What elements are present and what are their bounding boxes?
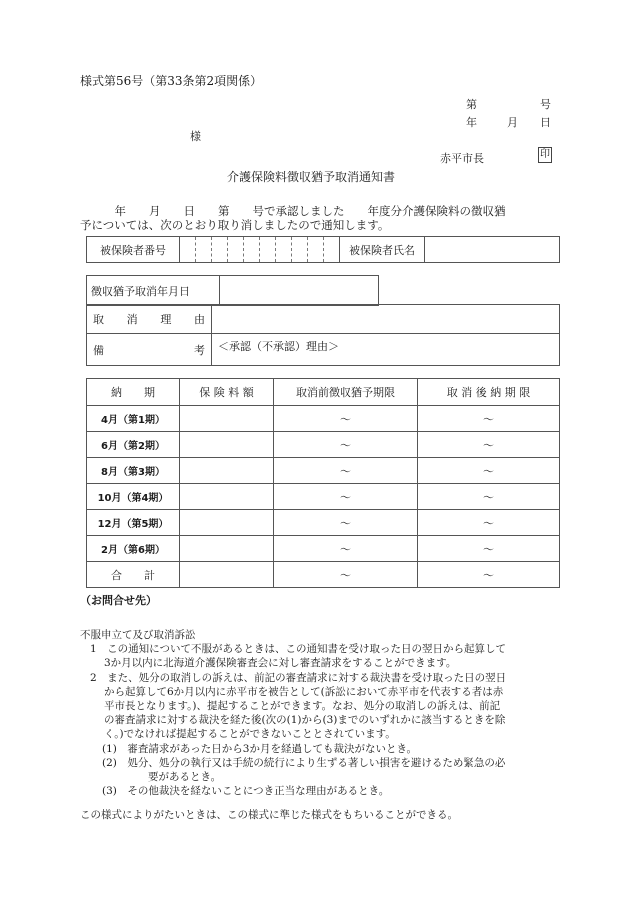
amount-cell[interactable] [180,510,274,536]
total-row: 合 計 ～ ～ [87,562,560,588]
table-row: 4月（第1期） ～ ～ [87,406,560,432]
intro-text: 年 月 日 第 号で承認しました 年度分介護保険料の徴収猶 予については、次のと… [80,204,560,232]
reason-field[interactable] [212,305,560,334]
insured-number-digit[interactable] [292,237,308,263]
notice-text: 1 この通知について不服があるときは、この通知書を受け取った日の翌日から起算して [80,642,560,656]
notice-text: 平市長となります。)、提起することができます。なお、処分の取消しの訴えは、前記 [80,699,560,713]
document-title: 介護保険料徴収猶予取消通知書 [227,168,395,185]
after-deadline-cell[interactable]: ～ [418,406,560,432]
amount-cell[interactable] [180,458,274,484]
cancel-date-label: 徴収猶予取消年月日 [87,276,220,306]
after-deadline-cell[interactable]: ～ [418,536,560,562]
reason-label: 取 消 理 由 [87,305,212,334]
insured-number-digit[interactable] [244,237,260,263]
insured-number-label: 被保険者番号 [87,237,180,263]
remarks-label-char: 備 [93,342,104,358]
seal-stamp-icon: 印 [538,147,552,163]
notice-text: く。)でなければ提起することができないこととされています。 [80,727,560,741]
header-amount: 保 険 料 額 [180,379,274,406]
notice-text: 2 また、処分の取消しの訴えは、前記の審査請求に対する裁決書を受け取った日の翌日 [80,671,560,685]
amount-cell[interactable] [180,432,274,458]
remarks-label-char: 考 [194,342,205,358]
insured-number-digit[interactable] [324,237,340,263]
remarks-field[interactable]: ＜承認（不承認）理由＞ [212,334,560,366]
reason-label-char: 取 [93,311,104,327]
date-year: 年 [466,114,477,130]
intro-line-2: 予については、次のとおり取り消しましたので通知します。 [80,218,560,232]
period-cell: 8月（第3期） [87,458,180,484]
notice-item: (1) 審査請求があった日から3か月を経過しても裁決がないとき。 [80,742,560,756]
after-deadline-cell[interactable]: ～ [418,458,560,484]
total-label: 合 計 [87,562,180,588]
date-month: 月 [507,114,518,130]
appeal-notice: 不服申立て及び取消訴訟 1 この通知について不服があるときは、この通知書を受け取… [80,628,560,798]
total-after-cell[interactable]: ～ [418,562,560,588]
period-cell: 6月（第2期） [87,432,180,458]
insured-number-digit[interactable] [180,237,196,263]
after-deadline-cell[interactable]: ～ [418,484,560,510]
form-number: 様式第56号（第33条第2項関係） [80,72,262,89]
footer-note: この様式によりがたいときは、この様式に準じた様式をもちいることができる。 [80,807,458,822]
total-amount-cell[interactable] [180,562,274,588]
before-deadline-cell[interactable]: ～ [274,536,418,562]
details-table: 取 消 理 由 備 考 ＜承認（不承認）理由＞ [86,304,560,366]
after-deadline-cell[interactable]: ～ [418,432,560,458]
notice-text: 3か月以内に北海道介護保険審査会に対し審査請求をすることができます。 [80,656,560,670]
addressee-suffix: 様 [190,128,201,144]
schedule-header-row: 納 期 保 険 料 額 取消前徴収猶予期限 取 消 後 納 期 限 [87,379,560,406]
amount-cell[interactable] [180,536,274,562]
issuer: 赤平市長 [440,150,484,166]
header-period: 納 期 [87,379,180,406]
table-row: 8月（第3期） ～ ～ [87,458,560,484]
inquiry-label: （お問合せ先） [80,592,157,608]
insured-name-field[interactable] [425,237,560,263]
before-deadline-cell[interactable]: ～ [274,406,418,432]
reason-label-char: 由 [194,311,205,327]
total-before-cell[interactable]: ～ [274,562,418,588]
header-after-deadline: 取 消 後 納 期 限 [418,379,560,406]
notice-item: (2) 処分、処分の執行又は手続の続行により生ずる著しい損害を避けるため緊急の必 [80,756,560,770]
intro-line-1: 年 月 日 第 号で承認しました 年度分介護保険料の徴収猶 [80,204,560,218]
period-cell: 10月（第4期） [87,484,180,510]
header-before-deadline: 取消前徴収猶予期限 [274,379,418,406]
date-day: 日 [540,114,551,130]
insured-number-digit[interactable] [212,237,228,263]
after-deadline-cell[interactable]: ～ [418,510,560,536]
before-deadline-cell[interactable]: ～ [274,432,418,458]
notice-text: の審査請求に対する裁決を経た後(次の(1)から(3)までのいずれかに該当するとき… [80,713,560,727]
doc-number-prefix: 第 [466,96,477,112]
notice-item: 要があるとき。 [80,770,560,784]
payment-schedule-table: 納 期 保 険 料 額 取消前徴収猶予期限 取 消 後 納 期 限 4月（第1期… [86,378,560,588]
insured-number-digit[interactable] [308,237,324,263]
period-cell: 4月（第1期） [87,406,180,432]
table-row: 2月（第6期） ～ ～ [87,536,560,562]
reason-label-char: 消 [127,311,138,327]
before-deadline-cell[interactable]: ～ [274,458,418,484]
before-deadline-cell[interactable]: ～ [274,510,418,536]
reason-label-char: 理 [160,311,171,327]
notice-text: から起算して6か月以内に赤平市を被告として(訴訟において赤平市を代表する者は赤 [80,685,560,699]
insured-number-digit[interactable] [228,237,244,263]
amount-cell[interactable] [180,484,274,510]
insured-number-digit[interactable] [196,237,212,263]
table-row: 10月（第4期） ～ ～ [87,484,560,510]
amount-cell[interactable] [180,406,274,432]
insured-number-digit[interactable] [276,237,292,263]
remarks-label: 備 考 [87,334,212,366]
period-cell: 12月（第5期） [87,510,180,536]
notice-heading: 不服申立て及び取消訴訟 [80,628,560,642]
table-row: 6月（第2期） ～ ～ [87,432,560,458]
period-cell: 2月（第6期） [87,536,180,562]
cancel-date-table: 徴収猶予取消年月日 [86,275,379,306]
insured-table: 被保険者番号 被保険者氏名 [86,236,560,263]
before-deadline-cell[interactable]: ～ [274,484,418,510]
insured-number-digit[interactable] [260,237,276,263]
insured-name-label: 被保険者氏名 [340,237,425,263]
notice-item: (3) その他裁決を経ないことにつき正当な理由があるとき。 [80,784,560,798]
cancel-date-field[interactable] [220,276,379,306]
doc-number-suffix: 号 [540,96,551,112]
table-row: 12月（第5期） ～ ～ [87,510,560,536]
